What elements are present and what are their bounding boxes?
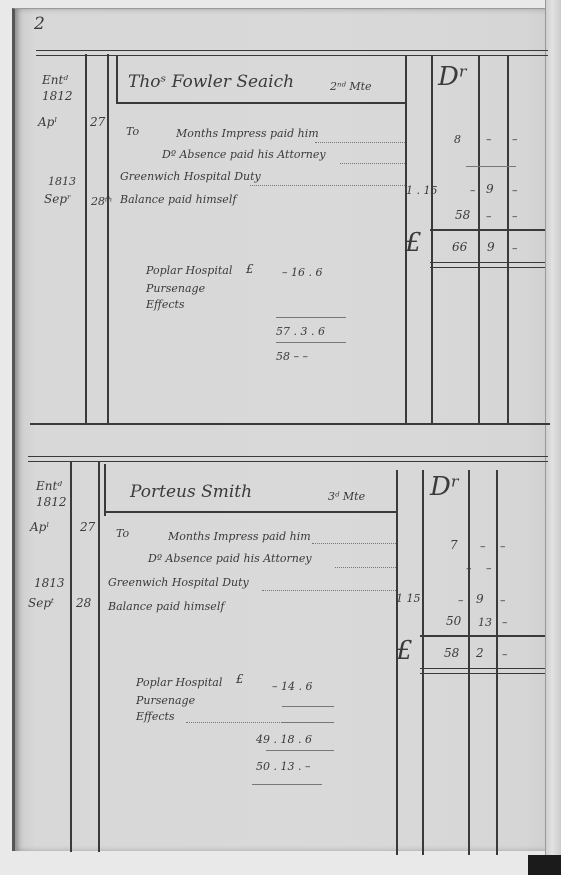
poplar-hospital-value: – 14 . 6 [272, 680, 312, 693]
line-prefix: To [126, 125, 139, 138]
line-description: Months Impress paid him [168, 530, 311, 543]
notes-total: 58 – – [276, 350, 308, 363]
line-description: Months Impress paid him [176, 127, 319, 140]
amount-shillings: – [486, 133, 492, 146]
amount-extra: 1 . 15 [406, 184, 438, 197]
total-bottom-rule [430, 262, 545, 268]
total-shillings: 9 [487, 240, 495, 254]
date-month: Apˡ [30, 520, 49, 534]
poplar-hospital-value: – 16 . 6 [282, 266, 322, 279]
line-description: Greenwich Hospital Duty [120, 170, 261, 183]
shillings-column-rule [478, 56, 480, 424]
sum-rule [276, 317, 346, 318]
pursenage-label: Pursenage [146, 282, 205, 295]
poplar-hospital-symbol: £ [236, 672, 244, 686]
amount-pence: – [486, 562, 492, 575]
date-month: Sepʳ [44, 192, 71, 206]
amount-pounds: – [470, 184, 476, 197]
amount-pounds: 8 [454, 133, 461, 146]
date-day: 28ᵗʰ [91, 195, 112, 208]
amount-pence: – [500, 540, 506, 553]
poplar-hospital-label: Poplar Hospital [136, 676, 222, 689]
blank-amount-dash [282, 722, 334, 723]
total-pound-symbol: £ [396, 636, 413, 666]
account-name: Porteus Smith [130, 482, 252, 502]
poplar-hospital-symbol: £ [246, 262, 254, 276]
adjacent-page-edge [545, 0, 561, 875]
sum-rule [252, 784, 322, 785]
amount-pounds: 50 [446, 614, 461, 628]
debit-header: Dʳ [438, 62, 468, 92]
pence-column-rule [496, 470, 498, 855]
date-month: Apˡ [38, 115, 57, 129]
pence-column-rule [507, 56, 509, 424]
amount-pence: – [512, 133, 518, 146]
total-bottom-rule [420, 668, 545, 674]
total-top-rule [430, 229, 545, 231]
name-box-left [104, 464, 106, 516]
leader-dots [312, 543, 396, 544]
rating: 3ᵈ Mte [328, 490, 365, 503]
account-name: Thoˢ Fowler Seaich [128, 72, 294, 92]
amount-shillings: 13 [478, 616, 492, 629]
date-column-rule [70, 462, 72, 852]
date-column-rule [85, 54, 87, 424]
amount-pence: – [512, 210, 518, 223]
page-number: 2 [34, 14, 45, 34]
effects-label: Effects [146, 298, 185, 311]
debit-header: Dʳ [430, 472, 460, 502]
entry-bottom-rule [30, 423, 550, 425]
amount-shillings: 9 [486, 182, 494, 196]
entry-year: Entᵈ 1812 [42, 72, 82, 104]
pounds-column-rule [431, 56, 433, 424]
poplar-hospital-label: Poplar Hospital [146, 264, 232, 277]
leader-dots [340, 163, 405, 164]
line-description: Greenwich Hospital Duty [108, 576, 249, 589]
amount-pence: – [500, 594, 506, 607]
total-pound-symbol: £ [405, 228, 422, 258]
name-box-left [116, 56, 118, 104]
entry-year: Entᵈ 1812 [36, 478, 70, 510]
rating: 2ⁿᵈ Mte [330, 80, 372, 93]
pounds-column-rule [422, 470, 424, 855]
pursenage-label: Pursenage [136, 694, 195, 707]
entry-top-rule [28, 456, 548, 462]
total-pounds: 58 [444, 646, 459, 660]
entry-top-rule [36, 50, 548, 56]
name-box-bottom [116, 102, 406, 104]
date-month: Sepᵗ [28, 596, 54, 610]
line-description: Balance paid himself [108, 600, 224, 613]
leader-dots [335, 567, 396, 568]
total-top-rule [420, 635, 545, 637]
line-description: Balance paid himself [120, 193, 236, 206]
day-column-rule [107, 54, 109, 424]
blank-amount-dash [466, 166, 516, 167]
shillings-column-rule [468, 470, 470, 855]
total-shillings: 2 [476, 646, 484, 660]
line-description: Dº Absence paid his Attorney [148, 552, 312, 565]
notes-subtotal: 57 . 3 . 6 [276, 325, 325, 338]
date-day: 27 [90, 115, 105, 129]
amount-shillings: – [466, 562, 472, 575]
leader-dots [262, 590, 396, 591]
date-day: 28 [76, 596, 91, 610]
amount-shillings: – [480, 540, 486, 553]
notes-total: 50 . 13 . – [256, 760, 310, 773]
amount-shillings: – [486, 210, 492, 223]
total-pounds: 66 [452, 240, 467, 254]
effects-label: Effects [136, 710, 175, 723]
binding-shadow [528, 855, 561, 875]
amount-pounds: 58 [455, 208, 470, 222]
total-pence: – [502, 648, 508, 661]
name-box-bottom [104, 511, 396, 513]
amount-pence: – [502, 616, 508, 629]
amount-pounds: – [458, 594, 464, 607]
amount-pounds: 7 [450, 538, 458, 552]
amount-extra: 1 15 [396, 592, 421, 605]
total-pence: – [512, 242, 518, 255]
notes-subtotal: 49 . 18 . 6 [256, 733, 312, 746]
date-day: 27 [80, 520, 95, 534]
leader-dots [315, 142, 405, 143]
line-prefix: To [116, 527, 129, 540]
day-column-rule [98, 462, 100, 852]
amount-pence: – [512, 184, 518, 197]
date-year: 1813 [34, 576, 65, 590]
leader-dots [186, 722, 282, 723]
line-description: Dº Absence paid his Attorney [162, 148, 326, 161]
sum-rule [266, 750, 334, 751]
blank-amount-dash [282, 706, 334, 707]
leader-dots [250, 185, 405, 186]
date-year: 1813 [48, 175, 76, 188]
sum-rule [276, 342, 346, 343]
amount-shillings: 9 [476, 592, 484, 606]
